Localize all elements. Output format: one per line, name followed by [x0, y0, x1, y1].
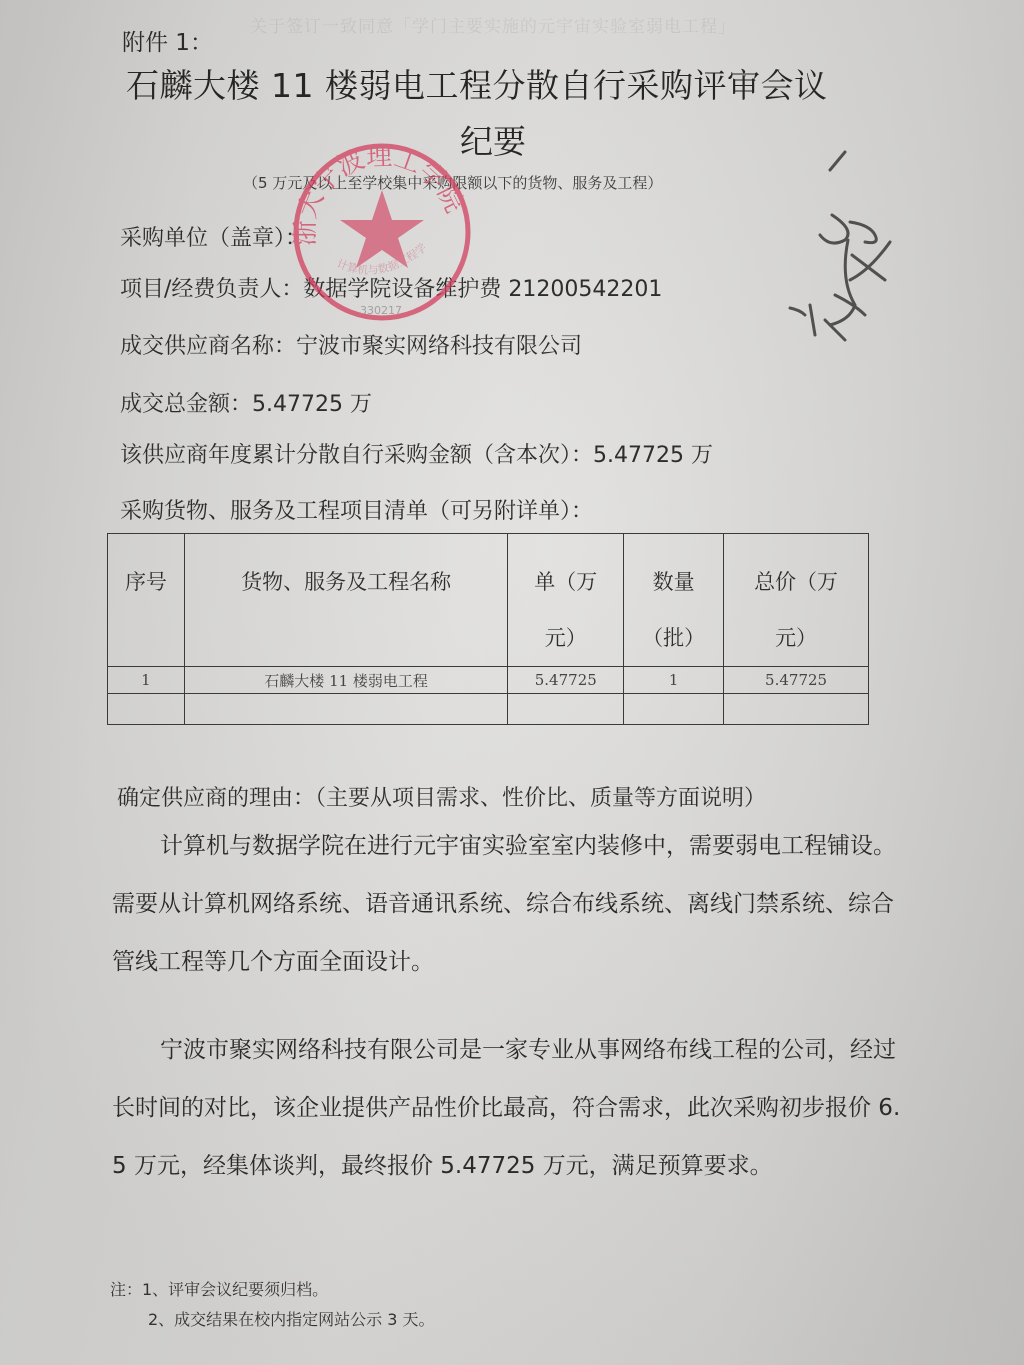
reason-paragraph-1: 计算机与数据学院在进行元宇宙实验室室内装修中，需要弱电工程铺设。需要从计算机网络…: [112, 817, 912, 991]
cell-total: 5.47725: [724, 667, 869, 694]
reason-label: 确定供应商的理由：（主要从项目需求、性价比、质量等方面说明）: [117, 781, 766, 812]
column-header-index: 序号: [108, 534, 185, 667]
cell-index: [108, 694, 185, 725]
table-row: 1 石麟大楼 11 楼弱电工程 5.47725 1 5.47725: [108, 667, 869, 694]
supplier-label: 成交供应商名称：: [120, 334, 296, 359]
official-seal-stamp: 浙大宁波理工学院 计算机与数据工程学院 330217: [288, 138, 476, 326]
procurement-items-table: 序号 货物、服务及工程名称 单（万 元） 数量 （批） 总价（万 元） 1 石麟…: [107, 533, 869, 725]
cell-unit-price: [508, 694, 624, 725]
purchaser-field: 采购单位（盖章）：: [120, 221, 307, 252]
table-header-row: 序号 货物、服务及工程名称 单（万 元） 数量 （批） 总价（万 元）: [108, 534, 869, 667]
column-header-quantity: 数量 （批）: [624, 534, 724, 667]
attachment-label: 附件 1：: [122, 24, 213, 57]
column-header-total: 总价（万 元）: [724, 534, 869, 667]
column-header-name: 货物、服务及工程名称: [184, 534, 507, 667]
total-amount-value: 5.47725 万: [252, 392, 372, 417]
cell-total: [724, 694, 869, 725]
supplier-field: 成交供应商名称：宁波市聚实网络科技有限公司: [120, 329, 582, 360]
note-1: 注：1、评审会议纪要须归档。: [110, 1277, 328, 1300]
cumulative-amount-field: 该供应商年度累计分散自行采购金额（含本次）：5.47725 万: [120, 438, 713, 469]
cell-quantity: 1: [624, 667, 724, 694]
total-amount-label: 成交总金额：: [120, 392, 252, 417]
cell-unit-price: 5.47725: [508, 667, 624, 694]
pen-mark-icon: [830, 152, 845, 170]
table-row-empty: [108, 694, 869, 725]
handwritten-signature: [760, 130, 930, 350]
seal-number: 330217: [360, 304, 402, 317]
cell-name: 石麟大楼 11 楼弱电工程: [184, 667, 507, 694]
cell-quantity: [624, 694, 724, 725]
column-header-unit-price: 单（万 元）: [508, 534, 624, 667]
total-amount-field: 成交总金额：5.47725 万: [120, 387, 372, 418]
supplier-value: 宁波市聚实网络科技有限公司: [296, 334, 582, 359]
reason-paragraph-2: 宁波市聚实网络科技有限公司是一家专业从事网络布线工程的公司，经过长时间的对比，该…: [112, 1021, 907, 1195]
cell-index: 1: [108, 667, 185, 694]
project-label: 项目/经费负责人：: [120, 277, 303, 302]
cumulative-amount-label: 该供应商年度累计分散自行采购金额（含本次）：: [120, 443, 593, 468]
bleed-through-text: 关于签订一致同意「学门主要实施的元宇宙实验室弱电工程」: [250, 12, 736, 37]
document-title-line1: 石麟大楼 11 楼弱电工程分散自行采购评审会议: [126, 60, 827, 107]
purchaser-label: 采购单位（盖章）：: [120, 226, 307, 251]
note-2: 2、成交结果在校内指定网站公示 3 天。: [148, 1307, 435, 1330]
cell-name: [184, 694, 507, 725]
item-list-label: 采购货物、服务及工程项目清单（可另附详单）：: [120, 494, 593, 525]
cumulative-amount-value: 5.47725 万: [593, 443, 713, 468]
